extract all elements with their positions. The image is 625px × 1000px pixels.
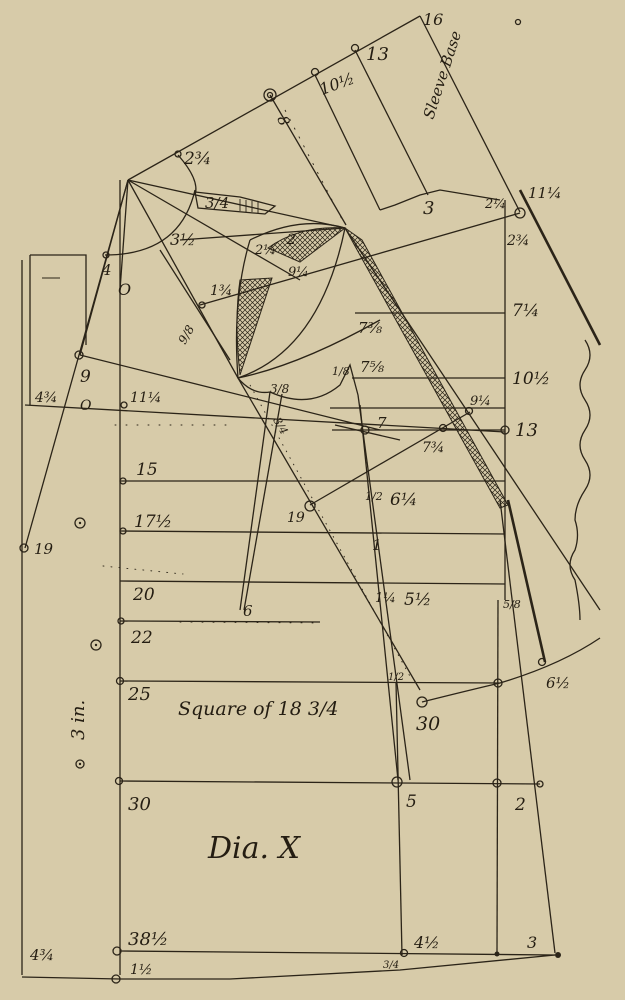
label-4-5: 4½ bbox=[413, 933, 440, 952]
pattern-drawing: 8 10½ 13 16 Sleeve Base 2¾ 3/4 3½ 4 O 1¾… bbox=[0, 0, 625, 1000]
pocket-line-2 bbox=[103, 566, 183, 574]
point-5 bbox=[392, 777, 402, 787]
line-9-8 bbox=[160, 250, 230, 360]
label-1-1-4: 1¼ bbox=[375, 591, 396, 606]
label-half-mark: 1/2 bbox=[388, 672, 404, 683]
label-3-right: 3 bbox=[423, 198, 434, 219]
label-3-in: 3 in. bbox=[68, 700, 89, 740]
label-7-3-8: 7⅜ bbox=[358, 319, 383, 337]
label-1-8: 1/8 bbox=[332, 365, 350, 378]
o-mark-dot bbox=[79, 522, 81, 524]
label-7-5-8: 7⅝ bbox=[360, 358, 385, 376]
label-8: 8 bbox=[273, 113, 293, 128]
row-30 bbox=[120, 781, 540, 784]
label-3-4-bottom: 3/4 bbox=[383, 960, 399, 971]
label-2: 2 bbox=[286, 232, 296, 248]
radiate-1 bbox=[128, 180, 345, 228]
label-19-left: 19 bbox=[34, 540, 54, 558]
caption-square-of: Square of 18 3/4 bbox=[178, 698, 338, 720]
label-5-8: 5/8 bbox=[503, 598, 521, 611]
sleeve-tick-line bbox=[285, 110, 345, 225]
point-3-left bbox=[495, 952, 500, 957]
point-top-right bbox=[516, 20, 521, 25]
label-row-22: 22 bbox=[130, 628, 153, 648]
label-2-3-4: 2¾ bbox=[183, 149, 211, 169]
point-19-left bbox=[20, 544, 28, 552]
o-mark-dot bbox=[95, 644, 97, 646]
center-vertical-lower bbox=[396, 682, 402, 955]
label-4-3-4-bottom: 4¾ bbox=[29, 946, 54, 964]
label-row-15: 15 bbox=[136, 460, 158, 480]
thick-side-line bbox=[508, 500, 545, 662]
thick-upper-line bbox=[520, 190, 600, 345]
label-5: 5 bbox=[406, 792, 417, 812]
label-9-8: 9/8 bbox=[175, 322, 197, 346]
label-7-3-4: 7¾ bbox=[422, 440, 444, 456]
label-row-30: 30 bbox=[128, 794, 151, 815]
label-sleeve-base: Sleeve Base bbox=[420, 29, 465, 122]
label-2-1-4: 2¼ bbox=[254, 243, 276, 258]
label-4: 4 bbox=[101, 261, 112, 279]
label-7-1-4: 7¼ bbox=[512, 301, 539, 321]
label-3-4-strap: 3/4 bbox=[205, 194, 229, 212]
box-1-outline bbox=[30, 255, 86, 345]
row-17-5 bbox=[120, 531, 505, 534]
label-9-1-4-mid: 9¼ bbox=[470, 394, 491, 409]
side-seam-line bbox=[500, 500, 555, 953]
label-11-1-4-right: 11¼ bbox=[528, 184, 562, 202]
label-10-5: 10½ bbox=[317, 69, 357, 99]
label-row-6: 6 bbox=[243, 602, 253, 620]
label-2-3-4-right: 2¾ bbox=[506, 233, 529, 249]
label-13-top: 13 bbox=[366, 44, 389, 65]
label-3-8: 3/8 bbox=[270, 382, 290, 396]
label-2: 2 bbox=[514, 795, 526, 815]
label-row-25: 25 bbox=[127, 684, 151, 705]
label-13-right: 13 bbox=[515, 420, 538, 441]
label-19-mid: 19 bbox=[287, 510, 305, 526]
label-3-bottom: 3 bbox=[527, 933, 537, 952]
center-line-right bbox=[358, 395, 410, 780]
diagram-title: Dia. X bbox=[207, 831, 302, 866]
dart-left bbox=[240, 392, 270, 610]
sleeve-line-13 bbox=[355, 50, 428, 195]
label-1: 1 bbox=[372, 536, 382, 554]
line-1-3-4 bbox=[200, 213, 520, 305]
hem-line bbox=[22, 955, 555, 979]
row-38-5 bbox=[120, 951, 555, 955]
row-22 bbox=[120, 621, 320, 622]
label-7: 7 bbox=[377, 414, 387, 432]
label-9: 9 bbox=[80, 367, 91, 387]
row-20 bbox=[120, 581, 505, 584]
point-3 bbox=[555, 952, 561, 958]
label-38-5: 38½ bbox=[128, 929, 168, 950]
label-row-20: 20 bbox=[132, 585, 155, 605]
label-3-5: 3½ bbox=[170, 230, 196, 249]
right-vertical-lower bbox=[497, 600, 498, 953]
o-mark-dot bbox=[79, 763, 81, 765]
label-5-5: 5½ bbox=[404, 590, 431, 610]
shoulder-top-line bbox=[128, 16, 420, 180]
label-4-3-4-left: 4¾ bbox=[34, 390, 57, 406]
label-6-1-4: 6¼ bbox=[390, 490, 417, 510]
label-2-1-4-right: 2¼ bbox=[484, 197, 506, 212]
label-6-5: 6½ bbox=[546, 674, 570, 692]
label-10-5-right: 10½ bbox=[512, 369, 550, 389]
point-11-1-4 bbox=[121, 402, 127, 408]
label-row-17-5: 17½ bbox=[134, 512, 172, 532]
label-9-1-4-top: 9¼ bbox=[288, 265, 309, 280]
label-o-mark: O bbox=[118, 280, 131, 299]
label-3-4-mid: 3/4 bbox=[270, 415, 290, 437]
label-16: 16 bbox=[423, 10, 443, 29]
label-1-2-mid: 1/2 bbox=[365, 490, 383, 503]
lower-curve bbox=[422, 638, 600, 702]
label-30-mid: 30 bbox=[416, 713, 440, 735]
sleeve-curve-top bbox=[380, 190, 500, 210]
tailoring-pattern-sheet: 8 10½ 13 16 Sleeve Base 2¾ 3/4 3½ 4 O 1¾… bbox=[0, 0, 625, 1000]
label-1-5-bottom: 1½ bbox=[130, 962, 152, 978]
label-11-1-4: 11¼ bbox=[130, 390, 161, 406]
label-o-left: O bbox=[80, 398, 92, 414]
row-25 bbox=[120, 681, 500, 683]
wavy-edge bbox=[570, 340, 590, 620]
label-1-3-4: 1¾ bbox=[210, 283, 232, 299]
